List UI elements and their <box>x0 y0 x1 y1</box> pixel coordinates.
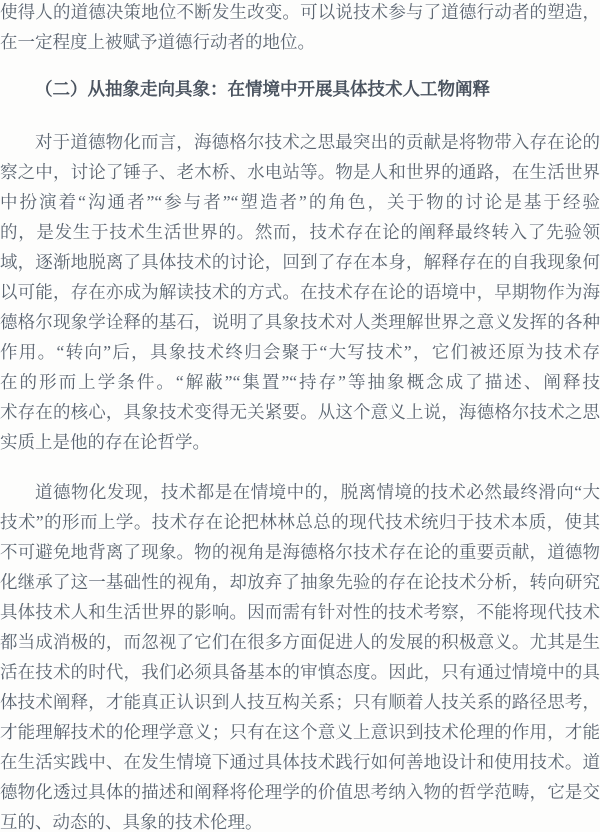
paragraph-continuation: 使得人的道德决策地位不断发生改变。可以说技术参与了道德行动者的塑造，在一定程度上… <box>0 0 600 57</box>
document-page: 使得人的道德决策地位不断发生改变。可以说技术参与了道德行动者的塑造，在一定程度上… <box>0 0 600 832</box>
text-line: 不可避免地背离了现象。物的视角是海德格尔技术存在论的重要贡献，道德物 <box>0 537 600 567</box>
text-line: 体技术阐释，才能真正认识到人技互构关系；只有顺着人技关系的路径思考， <box>0 687 600 717</box>
text-line: 使得人的道德决策地位不断发生改变。可以说技术参与了道德行动者的塑造， <box>0 0 600 27</box>
body-paragraph: 对于道德物化而言，海德格尔技术之思最突出的贡献是将物带入存在论的考察之中，讨论了… <box>0 127 600 457</box>
text-line: 域，逐渐地脱离了具体技术的讨论，回到了存在本身，解释存在的自我现象何 <box>0 247 600 277</box>
text-line: 术存在的核心，具象技术变得无关紧要。从这个意义上说，海德格尔技术之思 <box>0 397 600 427</box>
text-line: 实质上是他的存在论哲学。 <box>0 427 600 457</box>
text-line: 在生活实践中、在发生情境下通过具体技术践行如何善地设计和使用技术。道 <box>0 747 600 777</box>
text-line: 作用。“转向”后，具象技术终归会聚于“大写技术”，它们被还原为技术存 <box>0 337 600 367</box>
text-line: 活在技术的时代，我们必须具备基本的审慎态度。因此，只有通过情境中的具 <box>0 657 600 687</box>
heading-line: （二）从抽象走向具象：在情境中开展具体技术人工物阐释 <box>0 74 600 104</box>
text-line: 对于道德物化而言，海德格尔技术之思最突出的贡献是将物带入存在论的考 <box>0 127 600 157</box>
text-line: 在的形而上学条件。“解蔽”“集置”“持存”等抽象概念成了描述、阐释技 <box>0 367 600 397</box>
text-line: 德物化透过具体的描述和阐释将伦理学的价值思考纳入物的哲学范畴，它是交 <box>0 777 600 807</box>
text-line: 才能理解技术的伦理学意义；只有在这个意义上意识到技术伦理的作用，才能 <box>0 717 600 747</box>
text-line: 察之中，讨论了锤子、老木桥、水电站等。物是人和世界的通路，在生活世界 <box>0 157 600 187</box>
text-line: 以可能，存在亦成为解读技术的方式。在技术存在论的语境中，早期物作为海 <box>0 277 600 307</box>
body-paragraph: 道德物化发现，技术都是在情境中的，脱离情境的技术必然最终滑向“大写技术”的形而上… <box>0 477 600 832</box>
text-line: 互的、动态的、具象的技术伦理。 <box>0 807 600 832</box>
text-line: 化继承了这一基础性的视角，却放弃了抽象先验的存在论技术分析，转向研究 <box>0 567 600 597</box>
text-line: 的，是发生于技术生活世界的。然而，技术存在论的阐释最终转入了先验领 <box>0 217 600 247</box>
text-line: 道德物化发现，技术都是在情境中的，脱离情境的技术必然最终滑向“大写 <box>0 477 600 507</box>
text-line: 德格尔现象学诠释的基石，说明了具象技术对人类理解世界之意义发挥的各种 <box>0 307 600 337</box>
text-line: 具体技术人和生活世界的影响。因而需有针对性的技术考察，不能将现代技术 <box>0 597 600 627</box>
text-line: 都当成消极的，而忽视了它们在很多方面促进人的发展的积极意义。尤其是生 <box>0 627 600 657</box>
text-line: 技术”的形而上学。技术存在论把林林总总的现代技术统归于技术本质，使其 <box>0 507 600 537</box>
text-line: 中扮演着“沟通者”“参与者”“塑造者”的角色，关于物的讨论是基于经验 <box>0 187 600 217</box>
section-heading: （二）从抽象走向具象：在情境中开展具体技术人工物阐释 <box>0 74 600 104</box>
text-line: 在一定程度上被赋予道德行动者的地位。 <box>0 27 600 57</box>
